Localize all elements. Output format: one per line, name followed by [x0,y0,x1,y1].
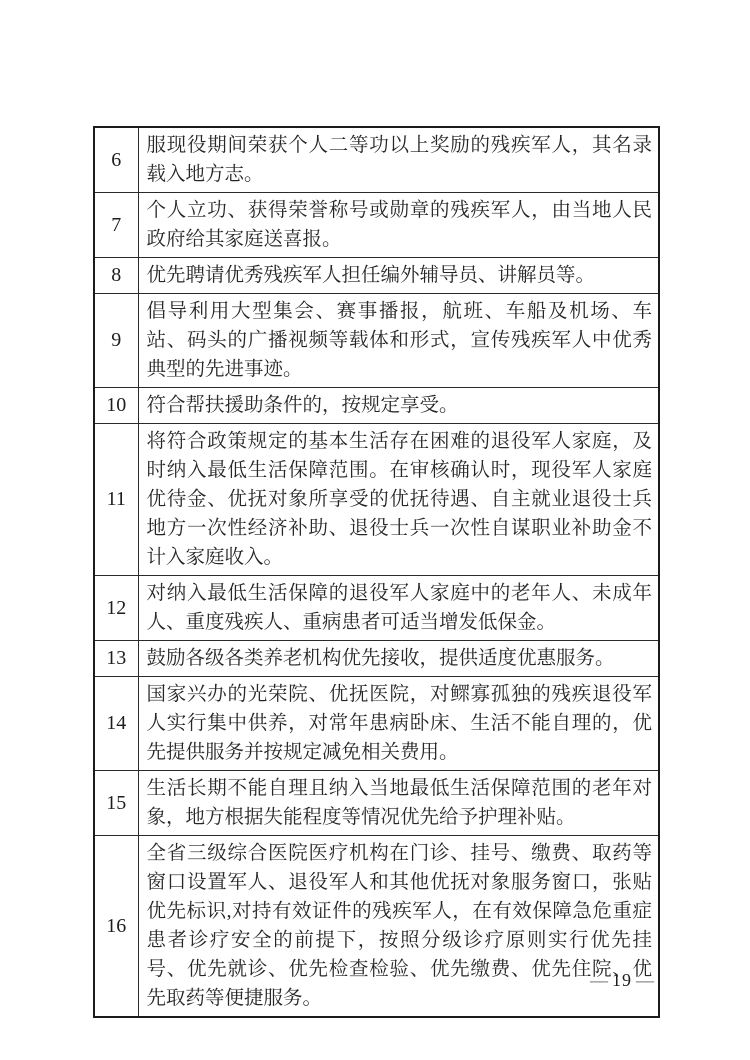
row-number: 16 [94,836,138,1018]
table-row: 14国家兴办的光荣院、优抚医院，对鳏寡孤独的残疾退役军人实行集中供养，对常年患病… [94,677,659,771]
table-row: 7个人立功、获得荣誉称号或勋章的残疾军人，由当地人民政府给其家庭送喜报。 [94,193,659,258]
table-row: 9倡导利用大型集会、赛事播报，航班、车船及机场、车站、码头的广播视频等载体和形式… [94,294,659,388]
row-number: 13 [94,641,138,677]
row-text: 优先聘请优秀残疾军人担任编外辅导员、讲解员等。 [138,258,659,294]
row-text: 个人立功、获得荣誉称号或勋章的残疾军人，由当地人民政府给其家庭送喜报。 [138,193,659,258]
table-row: 6服现役期间荣获个人二等功以上奖励的残疾军人，其名录载入地方志。 [94,127,659,193]
row-number: 6 [94,127,138,193]
row-text: 生活长期不能自理且纳入当地最低生活保障范围的老年对象，地方根据失能程度等情况优先… [138,771,659,836]
footer-dash-right: — [632,970,658,990]
table-row: 15生活长期不能自理且纳入当地最低生活保障范围的老年对象，地方根据失能程度等情况… [94,771,659,836]
row-text: 国家兴办的光荣院、优抚医院，对鳏寡孤独的残疾退役军人实行集中供养，对常年患病卧床… [138,677,659,771]
row-text: 将符合政策规定的基本生活存在困难的退役军人家庭，及时纳入最低生活保障范围。在审核… [138,424,659,576]
row-number: 15 [94,771,138,836]
row-text: 全省三级综合医院医疗机构在门诊、挂号、缴费、取药等窗口设置军人、退役军人和其他优… [138,836,659,1018]
table-row: 12对纳入最低生活保障的退役军人家庭中的老年人、未成年人、重度残疾人、重病患者可… [94,576,659,641]
table-row: 16全省三级综合医院医疗机构在门诊、挂号、缴费、取药等窗口设置军人、退役军人和其… [94,836,659,1018]
benefits-table: 6服现役期间荣获个人二等功以上奖励的残疾军人，其名录载入地方志。7个人立功、获得… [93,126,660,1018]
row-number: 9 [94,294,138,388]
row-text: 倡导利用大型集会、赛事播报，航班、车船及机场、车站、码头的广播视频等载体和形式，… [138,294,659,388]
footer-dash-left: — [586,970,612,990]
page-number: 19 [612,970,632,990]
table-row: 8优先聘请优秀残疾军人担任编外辅导员、讲解员等。 [94,258,659,294]
benefits-table-body: 6服现役期间荣获个人二等功以上奖励的残疾军人，其名录载入地方志。7个人立功、获得… [94,127,659,1017]
row-number: 12 [94,576,138,641]
row-number: 11 [94,424,138,576]
table-row: 10符合帮扶援助条件的，按规定享受。 [94,388,659,424]
row-text: 对纳入最低生活保障的退役军人家庭中的老年人、未成年人、重度残疾人、重病患者可适当… [138,576,659,641]
row-text: 鼓励各级各类养老机构优先接收，提供适度优惠服务。 [138,641,659,677]
row-text: 服现役期间荣获个人二等功以上奖励的残疾军人，其名录载入地方志。 [138,127,659,193]
table-row: 13鼓励各级各类养老机构优先接收，提供适度优惠服务。 [94,641,659,677]
row-number: 7 [94,193,138,258]
table-row: 11将符合政策规定的基本生活存在困难的退役军人家庭，及时纳入最低生活保障范围。在… [94,424,659,576]
row-number: 14 [94,677,138,771]
row-text: 符合帮扶援助条件的，按规定享受。 [138,388,659,424]
page-footer: —19— [586,969,658,991]
row-number: 8 [94,258,138,294]
row-number: 10 [94,388,138,424]
